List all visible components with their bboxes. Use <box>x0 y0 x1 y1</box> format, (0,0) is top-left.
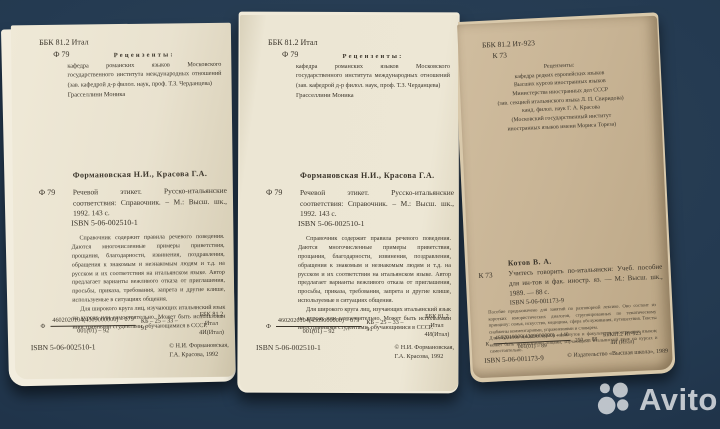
formula-fraction: 4602010000(4309000000) – 140 001(01) – 8… <box>493 332 571 353</box>
left-book-page: ББК 81.2 Итал Ф 79 Рецензенты: кафедра р… <box>11 23 235 380</box>
isbn-line: ISBN 5-06-001173-9 <box>510 297 565 306</box>
left-page-content: ББК 81.2 Итал Ф 79 Рецензенты: кафедра р… <box>11 23 235 380</box>
author-line: Котов В. А. <box>508 257 552 268</box>
copyright-notice: © Н.И. Формановская, Г.А. Красова, 1992 <box>394 343 454 362</box>
isbn-line: ISBN 5-06-002510-1 <box>71 218 138 228</box>
reviewers-heading: Рецензенты: <box>296 53 450 60</box>
right-book-page: ББК 81.2 Ит-923 К 73 Рецензенты: кафедра… <box>457 16 673 379</box>
formula-letter: Ф <box>40 323 45 330</box>
catalog-entry: Речевой этикет. Русско-итальянские соотв… <box>300 188 454 220</box>
formula-letter: К <box>485 341 489 347</box>
formula-denominator: 001(01) – 92 <box>276 327 361 336</box>
isbn-bottom: ISBN 5-06-002510-1 <box>31 342 96 352</box>
formula-bbk2: 4И (Итал) <box>603 337 641 347</box>
bbk-block: ББК 81.2 Ит-923 К 73 <box>482 37 536 62</box>
formula-code: КБ – 25 – 33 – 91 <box>366 319 411 333</box>
reviewers-block: Рецензенты: кафедра редких европейских я… <box>469 58 652 136</box>
reviewers-block: Рецензенты: кафедра романских языков Мос… <box>67 51 222 99</box>
reviewer-name: Грасселлини Моника <box>296 92 450 99</box>
print-formula: Ф 4602020104(4309000000) – 079 001(01) –… <box>40 311 230 340</box>
entry-code: К 73 <box>476 270 509 301</box>
catalog-entry: Речевой этикет. Русско-итальянские соотв… <box>73 186 227 220</box>
imprint-row: ISBN 5-06-002510-1 © Н.И. Формановская, … <box>31 341 229 362</box>
authors-line: Формановская Н.И., Красова Г.А. <box>300 171 435 180</box>
reviewer-name: Грасселлини Моника <box>68 90 222 99</box>
reviewers-text: кафедра романских языков Московского гос… <box>67 60 221 90</box>
reviewers-text: кафедра романских языков Московского гос… <box>296 62 450 90</box>
formula-bbk2: 4И(Итал) <box>192 329 230 338</box>
print-formula: Ф 4602020104(4309000000) – 079 001(01) –… <box>266 313 456 340</box>
formula-bbk: ББК 81.2 Итал <box>192 311 230 329</box>
middle-book-page: ББК 81.2 Итал Ф 79 Рецензенты: кафедра р… <box>240 15 458 391</box>
formula-numerator: 4602020104(4309000000) – 079 <box>276 317 361 327</box>
annotation-paragraph-1: Справочник содержит правила речевого пов… <box>298 235 451 306</box>
formula-bbk-block: ББК 81.2 Итал 4И(Итал) <box>192 311 230 338</box>
formula-fraction: 4602020104(4309000000) – 079 001(01) – 9… <box>50 316 136 336</box>
photo-background: ББК 81.2 Итал Ф 79 Рецензенты: кафедра р… <box>0 0 720 429</box>
isbn-bottom: ISBN 5-06-002510-1 <box>256 343 321 352</box>
avito-logo-icon <box>596 380 634 418</box>
formula-bbk: ББК 81.2 Итал <box>418 313 456 331</box>
annotation-paragraph-1: Справочник содержит правила речевого пов… <box>71 233 225 306</box>
formula-code: 250 — 88 <box>575 336 598 343</box>
catalog-entry: Учитесь говорить по-итальянски: Учеб. по… <box>508 263 663 299</box>
catalog-entry-row: К 73 Учитесь говорить по-итальянски: Уче… <box>476 263 663 301</box>
formula-denominator: 001(01) – 92 <box>50 326 136 336</box>
copyright-notice: © Н.И. Формановская, Г.А. Красова, 1992 <box>169 341 229 360</box>
imprint-row: ISBN 5-06-002510-1 © Н.И. Формановская, … <box>256 343 454 362</box>
bbk-code: ББК 81.2 Итал <box>39 36 89 48</box>
formula-fraction: 4602020104(4309000000) – 079 001(01) – 9… <box>276 317 361 336</box>
authors-line: Формановская Н.И., Красова Г.А. <box>73 169 208 180</box>
classification-code: К 73 <box>492 48 535 61</box>
avito-wordmark: Avito <box>639 384 718 415</box>
reviewers-heading: Рецензенты: <box>67 51 221 60</box>
catalog-entry-row: Ф 79 Речевой этикет. Русско-итальянские … <box>256 188 454 220</box>
catalog-entry-row: Ф 79 Речевой этикет. Русско-итальянские … <box>29 186 227 221</box>
formula-bbk2: 4И(Итал) <box>418 331 456 340</box>
isbn-line: ISBN 5-06-002510-1 <box>298 219 365 228</box>
reviewers-block: Рецензенты: кафедра романских языков Мос… <box>296 53 450 99</box>
entry-code: Ф 79 <box>29 188 73 221</box>
formula-letter: Ф <box>266 323 271 330</box>
right-page-content: ББК 81.2 Ит-923 К 73 Рецензенты: кафедра… <box>457 16 673 379</box>
formula-bbk-block: ББК81.2 Ит-923 4И (Итал) <box>603 329 642 347</box>
formula-bbk-block: ББК 81.2 Итал 4И(Итал) <box>418 313 456 340</box>
middle-page-content: ББК 81.2 Итал Ф 79 Рецензенты: кафедра р… <box>240 25 458 401</box>
avito-watermark: Avito <box>596 380 718 418</box>
isbn-bottom: ISBN 5-06-001173-9 <box>484 354 544 365</box>
bbk-code: ББК 81.2 Итал <box>268 37 318 49</box>
entry-code: Ф 79 <box>256 188 300 220</box>
formula-code: КБ – 25 – 33 – 91 <box>141 318 186 333</box>
